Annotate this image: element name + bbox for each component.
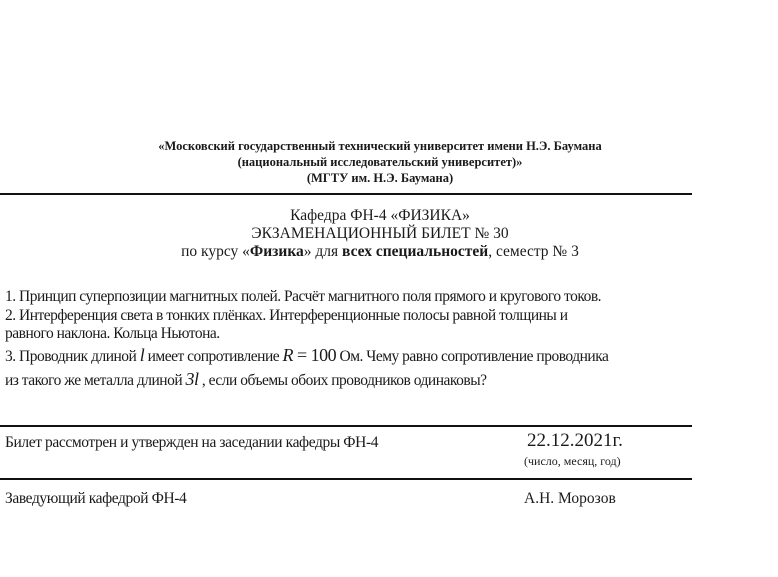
course-mid: » для xyxy=(304,243,342,260)
question-1: 1. Принцип суперпозиции магнитных полей.… xyxy=(5,288,601,306)
university-abbr: (МГТУ им. Н.Э. Баумана) xyxy=(0,170,760,186)
course-prefix: по курсу « xyxy=(181,243,250,260)
question-3-line2: из такого же металла длиной 3l , если об… xyxy=(5,370,487,390)
q3-line2-a: из такого же металла длиной xyxy=(5,372,186,389)
q3-text-c: Ом. Чему равно сопротивление проводника xyxy=(336,348,608,365)
university-header: «Московский государственный технический … xyxy=(0,138,760,186)
q3-text-b: имеет сопротивление xyxy=(144,348,282,365)
date-caption: (число, месяц, год) xyxy=(524,454,621,469)
university-name-line2: (национальный исследовательский универси… xyxy=(0,154,760,170)
semester: , семестр № 3 xyxy=(488,243,579,260)
question-2-line1: 2. Интерференция света в тонких плёнках.… xyxy=(5,307,568,325)
university-name-line1: «Московский государственный технический … xyxy=(0,138,760,154)
q3-var-3l: 3l xyxy=(186,369,199,389)
q3-line2-b: , если объемы обоих проводников одинаков… xyxy=(199,372,487,389)
course-name: Физика xyxy=(250,243,304,260)
q3-text-a: 3. Проводник длиной xyxy=(5,348,140,365)
approval-divider xyxy=(0,425,692,427)
head-of-department-name: А.Н. Морозов xyxy=(524,490,616,508)
ticket-heading: Кафедра ФН-4 «ФИЗИКА» ЭКЗАМЕНАЦИОННЫЙ БИ… xyxy=(0,207,760,261)
specialties: всех специальностей xyxy=(342,243,488,260)
approval-date: 22.12.2021г. xyxy=(527,430,623,452)
signature-divider xyxy=(0,478,692,480)
approval-text: Билет рассмотрен и утвержден на заседани… xyxy=(5,434,378,452)
ticket-title: ЭКЗАМЕНАЦИОННЫЙ БИЛЕТ № 30 xyxy=(0,225,760,243)
department-name: Кафедра ФН-4 «ФИЗИКА» xyxy=(0,207,760,225)
head-of-department-label: Заведующий кафедрой ФН-4 xyxy=(5,490,186,508)
question-3-line1: 3. Проводник длиной l имеет сопротивлени… xyxy=(5,346,608,366)
header-divider xyxy=(0,193,692,195)
question-2-line2: равного наклона. Кольца Ньютона. xyxy=(5,325,220,343)
course-line: по курсу «Физика» для всех специальносте… xyxy=(0,243,760,261)
q3-formula: R = 100 xyxy=(283,345,337,365)
